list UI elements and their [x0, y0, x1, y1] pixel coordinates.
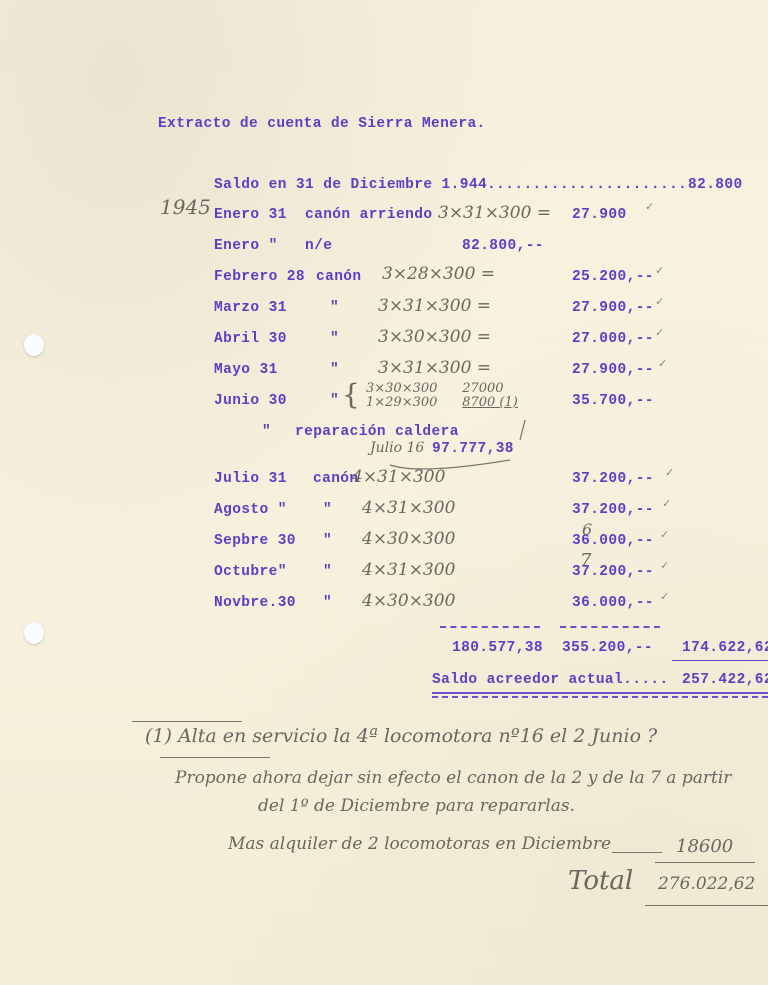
proposal-line-1: Propone ahora dejar sin efecto el canon … — [175, 768, 731, 788]
total-difference: 174.622,62 — [682, 640, 768, 656]
entry-credit: 35.700,-- — [572, 393, 654, 409]
entry-concept: n/e — [305, 238, 332, 254]
entry-date: Agosto " — [214, 502, 287, 518]
entry-date: Enero " — [214, 238, 278, 254]
entry-calc-junio: 3×30×300 270001×29×300 8700 (1) — [366, 382, 518, 410]
footnote-text: (1) Alta en servicio la 4ª locomotora nº… — [145, 725, 657, 747]
footnote-underline — [160, 757, 270, 758]
total-debit: 180.577,38 — [452, 640, 543, 656]
entry-date: Novbre.30 — [214, 595, 296, 611]
entry-credit: 27.900,-- — [572, 362, 654, 378]
debit-sum-rule — [440, 626, 540, 628]
double-rule-top — [432, 692, 768, 694]
checkmark-icon: ✓ — [645, 200, 654, 213]
checkmark-icon: ✓ — [660, 590, 669, 603]
entry-credit: 27.900 — [572, 207, 627, 223]
opening-balance-amount: 82.800 — [688, 177, 743, 193]
entry-calc: 4×30×300 — [362, 591, 455, 611]
checkmark-icon: ✓ — [655, 326, 664, 339]
entry-date: Octubre" — [214, 564, 287, 580]
difference-underline — [672, 660, 768, 661]
pencil-arrow-icon — [360, 420, 560, 470]
entry-calc: 4×31×300 — [352, 467, 445, 487]
entry-concept: " — [323, 564, 332, 580]
total-credit: 355.200,-- — [562, 640, 653, 656]
entry-date: Enero 31 — [214, 207, 287, 223]
entry-date: Mayo 31 — [214, 362, 278, 378]
extra-rental-line: Mas alquiler de 2 locomotoras en Diciemb… — [228, 834, 611, 854]
entry-concept: " — [330, 393, 339, 409]
checkmark-icon: ✓ — [658, 357, 667, 370]
checkmark-icon: ✓ — [655, 264, 664, 277]
entry-concept: canón arriendo — [305, 207, 432, 223]
checkmark-icon: ✓ — [665, 466, 674, 479]
total-underline — [645, 905, 768, 906]
entry-concept: " — [323, 502, 332, 518]
double-rule-bottom — [432, 696, 768, 698]
checkmark-icon: ✓ — [660, 559, 669, 572]
entry-concept: " — [330, 331, 339, 347]
entry-concept: canón — [316, 269, 362, 285]
entry-date: Febrero 28 — [214, 269, 305, 285]
entry-credit: 36.000,-- — [572, 595, 654, 611]
entry-credit: 37.200,-- — [572, 471, 654, 487]
entry-date: Abril 30 — [214, 331, 287, 347]
punch-hole-bottom — [24, 622, 44, 644]
footnote-overline — [132, 721, 242, 722]
entry-credit: 25.200,-- — [572, 269, 654, 285]
document-title: Extracto de cuenta de Sierra Menera. — [158, 116, 486, 132]
closing-balance-amount: 257.422,62 — [682, 672, 768, 688]
opening-balance-label: Saldo en 31 de Diciembre 1.944..........… — [214, 177, 687, 193]
entry-concept: " — [330, 362, 339, 378]
entry-calc: 3×31×300 = — [438, 203, 551, 223]
entry-concept: " — [330, 300, 339, 316]
margin-year-note: 1945 — [160, 195, 211, 219]
entry-calc: 3×31×300 = — [378, 296, 491, 316]
total-overline — [655, 862, 755, 863]
extra-dash — [612, 852, 662, 853]
entry-date: Julio 31 — [214, 471, 287, 487]
entry-credit: 27.900,-- — [572, 300, 654, 316]
entry-calc: 4×31×300 — [362, 498, 455, 518]
entry-date: Junio 30 — [214, 393, 287, 409]
entry-debit: 82.800,-- — [462, 238, 544, 254]
entry-date: Sepbre 30 — [214, 533, 296, 549]
entry-calc: 3×31×300 = — [378, 358, 491, 378]
entry-calc: 4×30×300 — [362, 529, 455, 549]
extra-amount: 18600 — [676, 836, 733, 857]
entry-concept: " — [323, 595, 332, 611]
entry-calc: 4×31×300 — [362, 560, 455, 580]
entry-calc: 3×30×300 = — [378, 327, 491, 347]
correction-mark: 7 — [580, 550, 591, 571]
entry-date: Marzo 31 — [214, 300, 287, 316]
total-label: Total — [568, 866, 633, 896]
entry-credit: 27.000,-- — [572, 331, 654, 347]
total-amount: 276.022,62 — [658, 874, 755, 894]
brace-icon: { — [342, 378, 360, 411]
checkmark-icon: ✓ — [655, 295, 664, 308]
closing-balance-label: Saldo acreedor actual..... — [432, 672, 669, 688]
entry-concept: " — [323, 533, 332, 549]
entry-date: " — [262, 424, 271, 440]
checkmark-icon: ✓ — [662, 497, 671, 510]
checkmark-icon: ✓ — [660, 528, 669, 541]
entry-credit: 37.200,-- — [572, 502, 654, 518]
entry-calc: 3×28×300 = — [382, 264, 495, 284]
credit-sum-rule — [560, 626, 660, 628]
proposal-line-2: del 1º de Diciembre para repararlas. — [258, 796, 575, 816]
punch-hole-top — [24, 334, 44, 356]
correction-mark: 6 — [582, 520, 592, 539]
